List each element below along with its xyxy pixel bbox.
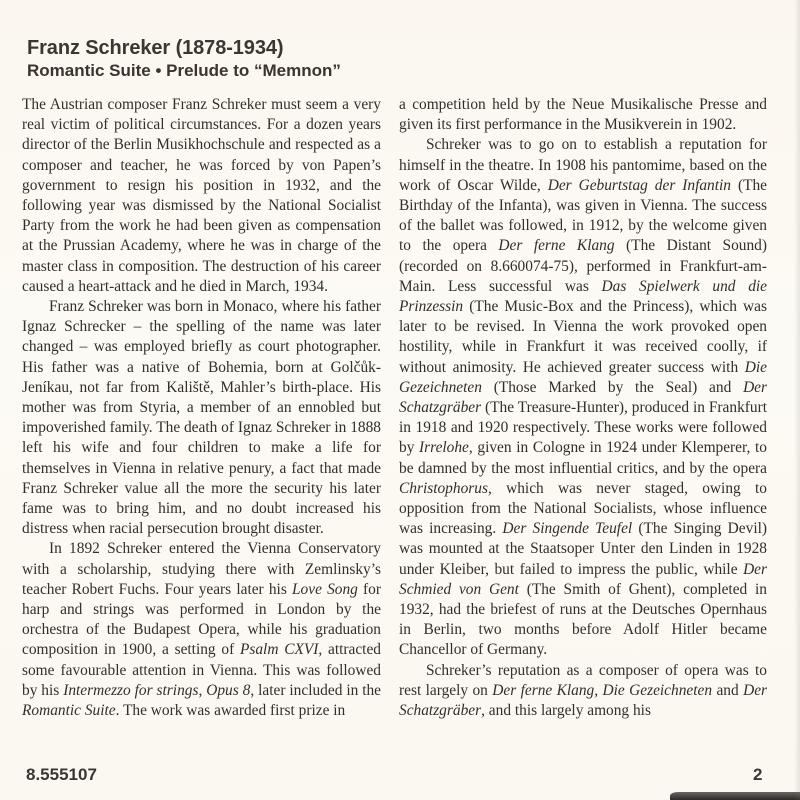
catalogue-number: 8.555107 xyxy=(26,765,97,785)
text-run: , later included in the xyxy=(250,682,381,699)
text-run: , and this largely among his xyxy=(481,702,651,719)
work-title: Der Geburtstag der Infantin xyxy=(548,177,731,194)
page-edge xyxy=(794,0,800,800)
text-run: a competition held by the Neue Musikalis… xyxy=(399,96,767,133)
body-paragraph: Schreker’s reputation as a composer of o… xyxy=(399,661,767,722)
text-run: and xyxy=(712,682,743,699)
text-run: The Austrian composer Franz Schreker mus… xyxy=(22,96,381,295)
booklet-page: Franz Schreker (1878-1934) Romantic Suit… xyxy=(0,0,800,800)
work-title: Romantic Suite xyxy=(22,702,116,719)
page-title: Franz Schreker (1878-1934) xyxy=(27,37,341,59)
page-header: Franz Schreker (1878-1934) Romantic Suit… xyxy=(27,37,341,81)
work-title: Die Gezeichneten xyxy=(603,682,713,699)
text-run: , xyxy=(594,682,602,699)
work-title: Love Song xyxy=(292,581,358,598)
work-title: Irrelohe xyxy=(419,439,469,456)
body-paragraph: Schreker was to go on to establish a rep… xyxy=(399,135,767,660)
work-title: Der Singende Teufel xyxy=(502,520,632,537)
body-paragraph: Franz Schreker was born in Monaco, where… xyxy=(22,297,381,539)
body-paragraph: The Austrian composer Franz Schreker mus… xyxy=(22,95,381,297)
work-title: Der ferne Klang xyxy=(492,682,594,699)
page-edge-shadow xyxy=(670,792,800,800)
left-column: The Austrian composer Franz Schreker mus… xyxy=(22,95,381,721)
right-column: a competition held by the Neue Musikalis… xyxy=(399,95,767,721)
work-title: Christophorus xyxy=(399,480,488,497)
text-run: Franz Schreker was born in Monaco, where… xyxy=(22,298,381,537)
work-title: Der ferne Klang xyxy=(498,237,614,254)
page-subtitle: Romantic Suite • Prelude to “Memnon” xyxy=(27,61,341,81)
text-run: (Those Marked by the Seal) and xyxy=(482,379,743,396)
work-title: Psalm CXVI xyxy=(240,641,318,658)
work-title: Intermezzo for strings xyxy=(63,682,198,699)
page-number: 2 xyxy=(753,765,762,785)
work-title: Opus 8 xyxy=(206,682,250,699)
body-paragraph: a competition held by the Neue Musikalis… xyxy=(399,95,767,135)
text-run: . The work was awarded first prize in xyxy=(116,702,346,719)
body-paragraph: In 1892 Schreker entered the Vienna Cons… xyxy=(22,539,381,721)
